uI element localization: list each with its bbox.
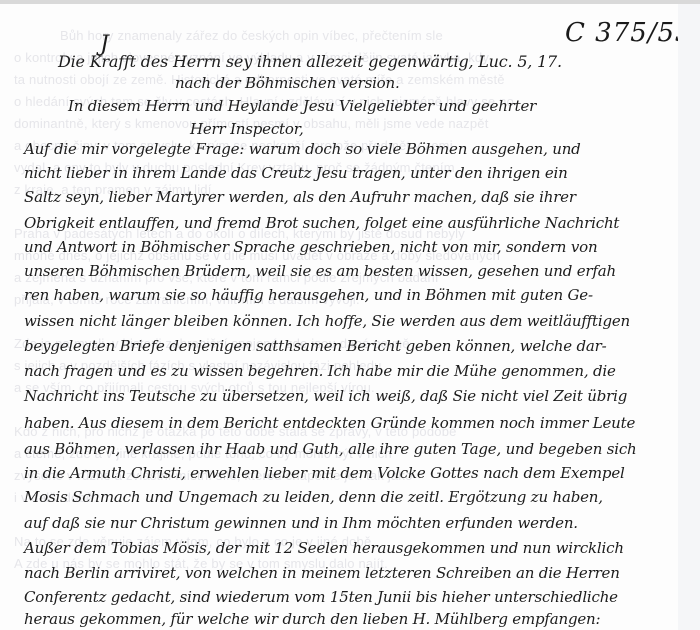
body-line: Conferentz gedacht, sind wiederum vom 15… (24, 588, 618, 606)
body-line: auf daß sie nur Christum gewinnen und in… (24, 514, 578, 532)
body-line: aus Böhmen, verlassen ihr Haab und Guth,… (24, 440, 637, 458)
body-line: haben. Aus diesem in dem Bericht entdeck… (24, 414, 635, 432)
body-line: nach Berlin arriviret, von welchen in me… (24, 564, 620, 582)
body-line: Auf die mir vorgelegte Frage: warum doch… (24, 140, 581, 158)
archive-number: C 375/53 (565, 18, 693, 48)
scanned-letter-page: Bůh hory znamenaly zářez do českých opin… (0, 4, 700, 630)
motto-line: Die Krafft des Herrn sey ihnen allezeit … (58, 52, 562, 71)
body-line: in die Armuth Christi, erwehlen lieber m… (24, 464, 625, 482)
body-line: nicht lieber in ihrem Lande das Creutz J… (24, 164, 568, 182)
body-line: ren haben, warum sie so häuffig herausge… (24, 286, 593, 304)
body-line: Außer dem Tobias Mösis, der mit 12 Seele… (24, 539, 624, 557)
scan-right-margin (678, 4, 700, 630)
body-line: wissen nicht länger bleiben können. Ich … (24, 312, 630, 330)
motto-subtitle: nach der Böhmischen version. (175, 74, 400, 92)
body-line: Saltz seyn, lieber Martyrer werden, als … (24, 188, 576, 206)
bleed-line: Bůh hory znamenaly zářez do českých opin… (60, 28, 443, 43)
body-line: beygelegten Briefe denjenigen satthsamen… (24, 337, 607, 355)
body-line: unseren Böhmischen Brüdern, weil sie es … (24, 262, 616, 280)
body-line: Obrigkeit entlauffen, und fremd Brot suc… (24, 214, 619, 232)
salutation-line: In diesem Herrn und Heylande Jesu Vielge… (68, 97, 536, 115)
body-line: Nachricht ins Teutsche zu übersetzen, we… (24, 387, 627, 405)
body-line: heraus gekommen, für welche wir durch de… (24, 610, 600, 628)
salutation-title: Herr Inspector, (190, 120, 304, 138)
body-line: nach fragen und es zu wissen begehren. I… (24, 362, 616, 380)
body-line: Mosis Schmach und Ungemach zu leiden, de… (24, 488, 603, 506)
body-line: und Antwort in Böhmischer Sprache geschr… (24, 238, 597, 256)
